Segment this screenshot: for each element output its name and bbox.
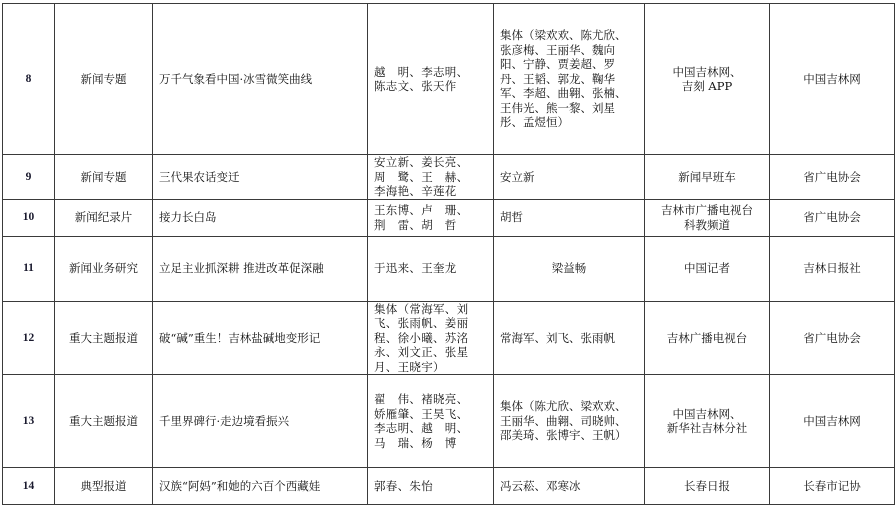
recommender-cell: 省广电协会 xyxy=(770,155,895,200)
editors-line: 张彦梅、王丽华、魏向 xyxy=(500,43,638,58)
editors-cell: 集体（梁欢欢、陈尤欣、张彦梅、王丽华、魏向阳、宁静、贾姜超、罗丹、王韬、郭龙、鞠… xyxy=(494,4,645,155)
recommender-cell: 中国吉林网 xyxy=(770,4,895,155)
authors-line: 永、刘文正、张星 xyxy=(374,345,487,360)
editors-line: 王伟光、熊一黎、刘星 xyxy=(500,101,638,116)
authors-line: 程、徐小曦、苏洺 xyxy=(374,331,487,346)
title-cell: 接力长白岛 xyxy=(153,199,368,236)
table-row: 11新闻业务研究立足主业抓深耕 推进改革促深融于迅来、王奎龙梁益畅中国记者吉林日… xyxy=(3,236,895,301)
editors-line: 阳、宁静、贾姜超、罗 xyxy=(500,57,638,72)
authors-line: 王东博、卢 珊、 xyxy=(374,203,487,218)
row-number-cell: 11 xyxy=(3,236,55,301)
authors-line: 李志明、越 明、 xyxy=(374,421,487,436)
awards-table: 8新闻专题万千气象看中国·冰雪微笑曲线越 明、李志明、陈志文、张天作集体（梁欢欢… xyxy=(2,3,895,505)
authors-line: 马 瑞、杨 博 xyxy=(374,436,487,451)
recommender-cell: 省广电协会 xyxy=(770,199,895,236)
authors-line: 于迅来、王奎龙 xyxy=(374,261,487,276)
table-row: 14典型报道汉族“阿妈”和她的六百个西藏娃郭春、朱怡冯云菘、邓寒冰长春日报长春市… xyxy=(3,468,895,505)
authors-cell: 王东博、卢 珊、荆 雷、胡 哲 xyxy=(368,199,494,236)
category-cell: 新闻专题 xyxy=(55,4,153,155)
authors-line: 月、王晓宇） xyxy=(374,360,487,375)
recommender-cell: 省广电协会 xyxy=(770,301,895,375)
authors-line: 安立新、姜长亮、 xyxy=(374,155,487,170)
title-cell: 汉族“阿妈”和她的六百个西藏娃 xyxy=(153,468,368,505)
outlet-line: 吉林广播电视台 xyxy=(651,331,763,346)
authors-line: 娇雁肇、王昊飞、 xyxy=(374,407,487,422)
authors-line: 飞、张雨帆、姜丽 xyxy=(374,316,487,331)
row-number-cell: 12 xyxy=(3,301,55,375)
editors-line: 丹、王韬、郭龙、鞠华 xyxy=(500,72,638,87)
category-cell: 新闻纪录片 xyxy=(55,199,153,236)
table-body: 8新闻专题万千气象看中国·冰雪微笑曲线越 明、李志明、陈志文、张天作集体（梁欢欢… xyxy=(3,4,895,505)
editors-cell: 胡哲 xyxy=(494,199,645,236)
outlet-line: 中国吉林网、 xyxy=(651,65,763,80)
title-cell: 三代果农话变迁 xyxy=(153,155,368,200)
category-cell: 典型报道 xyxy=(55,468,153,505)
editors-line: 梁益畅 xyxy=(500,261,638,276)
outlet-cell: 吉林市广播电视台科教频道 xyxy=(645,199,770,236)
table-row: 8新闻专题万千气象看中国·冰雪微笑曲线越 明、李志明、陈志文、张天作集体（梁欢欢… xyxy=(3,4,895,155)
table-row: 12重大主题报道破“碱”重生！吉林盐碱地变形记集体（常海军、刘飞、张雨帆、姜丽程… xyxy=(3,301,895,375)
authors-cell: 集体（常海军、刘飞、张雨帆、姜丽程、徐小曦、苏洺永、刘文正、张星月、王晓宇） xyxy=(368,301,494,375)
title-cell: 万千气象看中国·冰雪微笑曲线 xyxy=(153,4,368,155)
editors-line: 王丽华、曲翱、司晓帅、 xyxy=(500,414,638,429)
outlet-cell: 中国吉林网、新华社吉林分社 xyxy=(645,375,770,468)
editors-cell: 冯云菘、邓寒冰 xyxy=(494,468,645,505)
editors-line: 集体（梁欢欢、陈尤欣、 xyxy=(500,28,638,43)
category-cell: 新闻专题 xyxy=(55,155,153,200)
authors-line: 翟 伟、褚晓亮、 xyxy=(374,392,487,407)
table-row: 10新闻纪录片接力长白岛王东博、卢 珊、荆 雷、胡 哲胡哲吉林市广播电视台科教频… xyxy=(3,199,895,236)
authors-line: 荆 雷、胡 哲 xyxy=(374,218,487,233)
authors-cell: 于迅来、王奎龙 xyxy=(368,236,494,301)
row-number-cell: 14 xyxy=(3,468,55,505)
editors-line: 安立新 xyxy=(500,170,638,185)
editors-line: 军、李超、曲翱、张楠、 xyxy=(500,86,638,101)
outlet-line: 长春日报 xyxy=(651,479,763,494)
row-number-cell: 8 xyxy=(3,4,55,155)
category-cell: 重大主题报道 xyxy=(55,375,153,468)
editors-line: 彤、孟煜恒） xyxy=(500,115,638,130)
outlet-line: 中国记者 xyxy=(651,261,763,276)
recommender-cell: 中国吉林网 xyxy=(770,375,895,468)
table-row: 9新闻专题三代果农话变迁安立新、姜长亮、周 鹭、王 赫、李海艳、辛莲花安立新新闻… xyxy=(3,155,895,200)
row-number-cell: 9 xyxy=(3,155,55,200)
editors-line: 常海军、刘飞、张雨帆 xyxy=(500,331,638,346)
authors-line: 郭春、朱怡 xyxy=(374,479,487,494)
authors-cell: 安立新、姜长亮、周 鹭、王 赫、李海艳、辛莲花 xyxy=(368,155,494,200)
table-row: 13重大主题报道千里界碑行·走边境看振兴翟 伟、褚晓亮、娇雁肇、王昊飞、李志明、… xyxy=(3,375,895,468)
outlet-line: 中国吉林网、 xyxy=(651,407,763,422)
category-cell: 新闻业务研究 xyxy=(55,236,153,301)
editors-line: 胡哲 xyxy=(500,210,638,225)
editors-cell: 梁益畅 xyxy=(494,236,645,301)
authors-line: 周 鹭、王 赫、 xyxy=(374,170,487,185)
authors-cell: 郭春、朱怡 xyxy=(368,468,494,505)
outlet-line: 新华社吉林分社 xyxy=(651,421,763,436)
recommender-cell: 长春市记协 xyxy=(770,468,895,505)
row-number-cell: 10 xyxy=(3,199,55,236)
authors-line: 越 明、李志明、 xyxy=(374,65,487,80)
outlet-line: 吉刻 APP xyxy=(651,79,763,94)
authors-cell: 翟 伟、褚晓亮、娇雁肇、王昊飞、李志明、越 明、马 瑞、杨 博 xyxy=(368,375,494,468)
category-cell: 重大主题报道 xyxy=(55,301,153,375)
editors-line: 集体（陈尤欣、梁欢欢、 xyxy=(500,399,638,414)
outlet-cell: 长春日报 xyxy=(645,468,770,505)
authors-line: 李海艳、辛莲花 xyxy=(374,184,487,199)
title-cell: 千里界碑行·走边境看振兴 xyxy=(153,375,368,468)
title-cell: 破“碱”重生！吉林盐碱地变形记 xyxy=(153,301,368,375)
editors-cell: 安立新 xyxy=(494,155,645,200)
authors-line: 集体（常海军、刘 xyxy=(374,302,487,317)
row-number-cell: 13 xyxy=(3,375,55,468)
outlet-cell: 吉林广播电视台 xyxy=(645,301,770,375)
outlet-cell: 新闻早班车 xyxy=(645,155,770,200)
editors-line: 冯云菘、邓寒冰 xyxy=(500,479,638,494)
title-cell: 立足主业抓深耕 推进改革促深融 xyxy=(153,236,368,301)
outlet-line: 新闻早班车 xyxy=(651,170,763,185)
outlet-cell: 中国记者 xyxy=(645,236,770,301)
outlet-line: 科教频道 xyxy=(651,218,763,233)
outlet-cell: 中国吉林网、吉刻 APP xyxy=(645,4,770,155)
authors-cell: 越 明、李志明、陈志文、张天作 xyxy=(368,4,494,155)
editors-cell: 常海军、刘飞、张雨帆 xyxy=(494,301,645,375)
editors-line: 邵美琦、张博宇、王帆） xyxy=(500,428,638,443)
outlet-line: 吉林市广播电视台 xyxy=(651,203,763,218)
authors-line: 陈志文、张天作 xyxy=(374,79,487,94)
editors-cell: 集体（陈尤欣、梁欢欢、王丽华、曲翱、司晓帅、邵美琦、张博宇、王帆） xyxy=(494,375,645,468)
recommender-cell: 吉林日报社 xyxy=(770,236,895,301)
